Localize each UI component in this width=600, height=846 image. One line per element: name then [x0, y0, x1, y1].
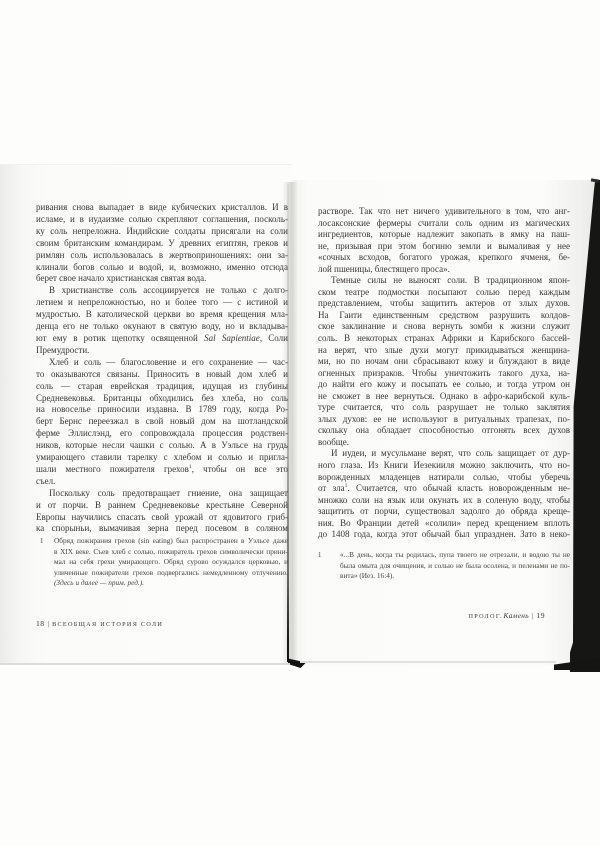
text-line: ферме Эллислэнд, его сопровождала процес…: [36, 428, 288, 440]
text-line: съел.: [36, 476, 288, 488]
text-line: лосаксонские фермеры считали соль одним …: [318, 218, 570, 230]
page-number: 19: [536, 611, 545, 620]
text-line: мал на себя грехи умирающего. Обряд суро…: [54, 557, 288, 568]
text-line: ния. Во Франции детей «солили» перед кре…: [318, 518, 570, 530]
text-line: представлением, чтобы защитить актеров о…: [318, 298, 570, 310]
left-page-body-text: ривания снова выпадает в виде кубических…: [36, 202, 288, 535]
text-line: ми, но по ночам они сбрасывают кожу и бл…: [318, 356, 570, 368]
book-spread: ривания снова выпадает в виде кубических…: [0, 164, 600, 670]
footnote-text: «...В день, когда ты родилась, пупа твое…: [340, 550, 570, 582]
chapter-title: Камень: [503, 611, 528, 620]
text-line: не, призывая при этом богиню земли и вым…: [318, 241, 570, 253]
right-page-body-text: растворе. Так что нет ничего удивительно…: [318, 206, 570, 541]
text-line: защитить от порчи, существовал задолго д…: [318, 506, 570, 518]
text-line: ском театре подмостки посыпают солью пер…: [318, 287, 570, 299]
text-line: соль — старая еврейская традиция, идущая…: [36, 381, 288, 393]
footer-divider: |: [45, 619, 52, 628]
text-line: была омыта для очищения, и солью не была…: [340, 561, 570, 572]
text-line: шали местного пожирателя грехов1, чтобы …: [36, 464, 288, 476]
footnote-text: Обряд пожирания грехов (sin eating) был …: [54, 536, 288, 589]
book-title: Всеобщая история соли: [52, 621, 163, 628]
text-line: множко соли на язык или окунать их в сол…: [318, 495, 570, 507]
scanned-book-spread: { "colors": { "page": "#fbfbf9", "text":…: [0, 0, 600, 846]
text-line: не сможет в нее вернуться. Однако в афро…: [318, 391, 570, 403]
text-line: ское заклинание и снова вернуть зомби к …: [318, 321, 570, 333]
text-line: умирающего ставили тарелку с хлебом и со…: [36, 452, 288, 464]
text-line: до найти его кожу и посыпать ее солью, и…: [318, 379, 570, 391]
text-line: ривания снова выпадает в виде кубических…: [36, 202, 288, 214]
right-page-footer: Пролог. Камень|19: [400, 611, 545, 620]
text-line: летием и непреложностью, но и более того…: [36, 297, 288, 309]
text-line: берет свое начало христианская святая во…: [36, 273, 288, 285]
text-line: на новоселье приносили издавна. В 1789 г…: [36, 404, 288, 416]
text-line: Премудрости.: [36, 345, 288, 357]
text-line: «...В день, когда ты родилась, пупа твое…: [340, 550, 570, 561]
text-line: На Гаити единственным средством разрушит…: [318, 310, 570, 322]
text-line: то оказываются связаны. Приносить в новы…: [36, 369, 288, 381]
text-line: ку соль непреложна. Индийские солдаты пр…: [36, 226, 288, 238]
text-line: вита» (Иез. 16:4).: [340, 571, 570, 582]
left-page-footer: 18|Всеобщая история соли: [36, 619, 163, 628]
text-line: в XIX веке. Съев хлеб с солью, пожирател…: [54, 547, 288, 558]
text-line: уличенные пожиратели грехов подвергались…: [54, 568, 288, 579]
text-line: ного глаза. Из Книги Иезекииля можно зак…: [318, 460, 570, 472]
right-page-footnote: 1 «...В день, когда ты родилась, пупа тв…: [318, 550, 570, 582]
left-page-bottom-edge: [0, 663, 290, 665]
text-line: злых духов: ее не используют в ритуальны…: [318, 414, 570, 426]
text-line: растворе. Так что нет ничего удивительно…: [318, 206, 570, 218]
text-line: берт Бернс переезжал в свой новый дом на…: [36, 416, 288, 428]
text-line: И иудеи, и мусульмане верят, что соль за…: [318, 448, 570, 460]
text-line: Обряд пожирания грехов (sin eating) был …: [54, 536, 288, 547]
footnote-marker: 1: [318, 551, 321, 562]
text-line: ников, которые несли чашки с солью. А в …: [36, 440, 288, 452]
text-line: ка спорыньи, вымачивая зерна перед посев…: [36, 523, 288, 535]
text-line: клинали богов солью и водой, и, возможно…: [36, 262, 288, 274]
text-line: «сочных всходов, богатого урожая, крепко…: [318, 252, 570, 264]
text-line: туре считается, что соль разрушает не то…: [318, 402, 570, 414]
text-line: огненных призраков. Чтобы уничтожить так…: [318, 368, 570, 380]
text-line: до 1408 года, когда этот обычай был упра…: [318, 529, 570, 541]
text-line: Хлеб и соль — благословение и его сохран…: [36, 357, 288, 369]
text-line: ют ему в ротик щепотку освященной Sal Sa…: [36, 333, 288, 345]
text-line: Европы научились спасать свой урожай от …: [36, 512, 288, 524]
text-line: исламе, и в иудаизме солью скрепляют сог…: [36, 214, 288, 226]
text-line: соль. В некоторых странах Африки и Кариб…: [318, 333, 570, 345]
text-line: мудростью. В католической церкви во врем…: [36, 309, 288, 321]
text-line: скольку она обладает способностью отгоня…: [318, 425, 570, 437]
text-line: от зла1. Считается, что обычай класть но…: [318, 483, 570, 495]
text-line: В христианстве соль ассоциируется не тол…: [36, 285, 288, 297]
section-title: Пролог.: [469, 613, 503, 620]
left-page-footnote: 1 Обряд пожирания грехов (sin eating) бы…: [40, 536, 288, 589]
text-line: Темные силы не выносят соли. В традицион…: [318, 275, 570, 287]
text-line: (Здесь и далее — прим. ред.).: [54, 578, 288, 589]
text-line: и от порчи. В раннем Средневековье крест…: [36, 500, 288, 512]
footnote-marker: 1: [40, 537, 43, 548]
text-line: Средневековья. Британцы обходились без х…: [36, 393, 288, 405]
text-line: ворожденных младенцев натирали солью, чт…: [318, 472, 570, 484]
page-number: 18: [36, 619, 45, 628]
text-line: на верят, что злые духи могут прикидыват…: [318, 345, 570, 357]
text-line: ингредиентов, которые надлежит закопать …: [318, 229, 570, 241]
text-line: лой пшеницы, блестящего проса».: [318, 264, 570, 276]
right-page-bottom-edge: [300, 661, 556, 663]
text-line: своим британским командирам. У древних е…: [36, 238, 288, 250]
text-line: римлян соль использовалась в жертвоприно…: [36, 250, 288, 262]
text-line: денца его не только окунают в святую вод…: [36, 321, 288, 333]
text-line: вообще.: [318, 437, 570, 449]
text-line: Поскольку соль предотвращает гниение, он…: [36, 488, 288, 500]
